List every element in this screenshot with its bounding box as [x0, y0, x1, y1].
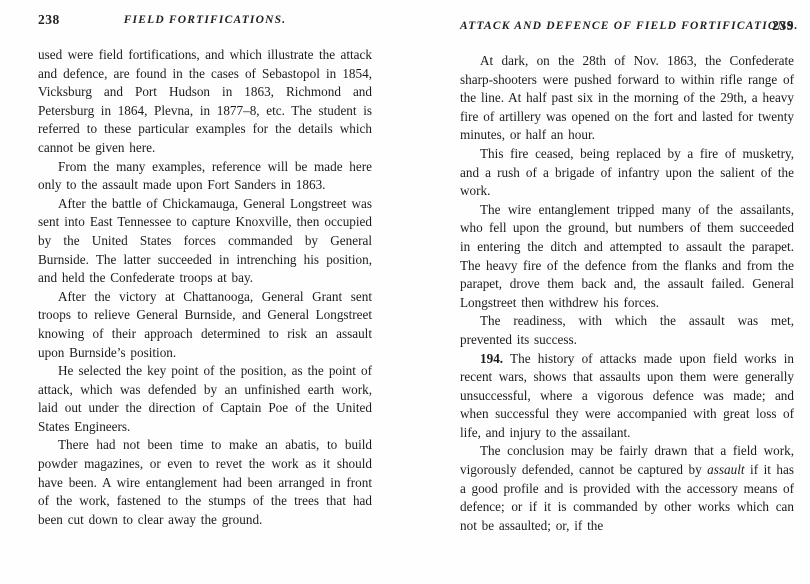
text-segment: There had not been time to make an abati…	[38, 437, 372, 526]
page-number-left: 238	[38, 12, 60, 28]
page-number-right: 239	[772, 18, 794, 34]
paragraph: The wire entanglement tripped many of th…	[460, 201, 794, 313]
paragraph: There had not been time to make an abati…	[38, 436, 372, 529]
text-segment: 194.	[480, 351, 503, 366]
page-left: 238 FIELD FORTIFICATIONS. used were fiel…	[38, 14, 372, 529]
paragraph: At dark, on the 28th of Nov. 1863, the C…	[460, 52, 794, 145]
paragraph: From the many examples, reference will b…	[38, 158, 372, 195]
paragraph: After the victory at Chattanooga, Genera…	[38, 288, 372, 362]
body-text-left: used were field fortifications, and whic…	[38, 46, 372, 529]
text-segment: assault	[707, 462, 744, 477]
text-segment: This fire ceased, being replaced by a fi…	[460, 146, 794, 198]
paragraph: He selected the key point of the positio…	[38, 362, 372, 436]
paragraph: The conclusion may be fairly drawn that …	[460, 442, 794, 535]
paragraph: The readiness, with which the assault wa…	[460, 312, 794, 349]
page-right: ATTACK AND DEFENCE OF FIELD FORTIFICATIO…	[460, 20, 794, 535]
text-segment: After the victory at Chattanooga, Genera…	[38, 289, 372, 360]
running-title-right: ATTACK AND DEFENCE OF FIELD FORTIFICATIO…	[460, 20, 794, 32]
text-segment: At dark, on the 28th of Nov. 1863, the C…	[460, 53, 794, 142]
paragraph: After the battle of Chickamauga, General…	[38, 195, 372, 288]
paragraph: This fire ceased, being replaced by a fi…	[460, 145, 794, 201]
running-header-right: ATTACK AND DEFENCE OF FIELD FORTIFICATIO…	[460, 20, 794, 40]
body-text-right: At dark, on the 28th of Nov. 1863, the C…	[460, 52, 794, 535]
text-segment: The readiness, with which the assault wa…	[460, 313, 794, 347]
text-segment: After the battle of Chickamauga, General…	[38, 196, 372, 285]
text-segment: From the many examples, reference will b…	[38, 159, 372, 193]
book-spread: 238 FIELD FORTIFICATIONS. used were fiel…	[0, 0, 810, 584]
text-segment: used were field fortifications, and whic…	[38, 47, 372, 155]
paragraph: 194. The history of attacks made upon fi…	[460, 350, 794, 443]
running-title-left: FIELD FORTIFICATIONS.	[38, 14, 372, 26]
text-segment: The history of attacks made upon field w…	[460, 351, 794, 440]
paragraph: used were field fortifications, and whic…	[38, 46, 372, 158]
text-segment: The wire entanglement tripped many of th…	[460, 202, 794, 310]
text-segment: He selected the key point of the positio…	[38, 363, 372, 434]
running-header-left: 238 FIELD FORTIFICATIONS.	[38, 14, 372, 34]
